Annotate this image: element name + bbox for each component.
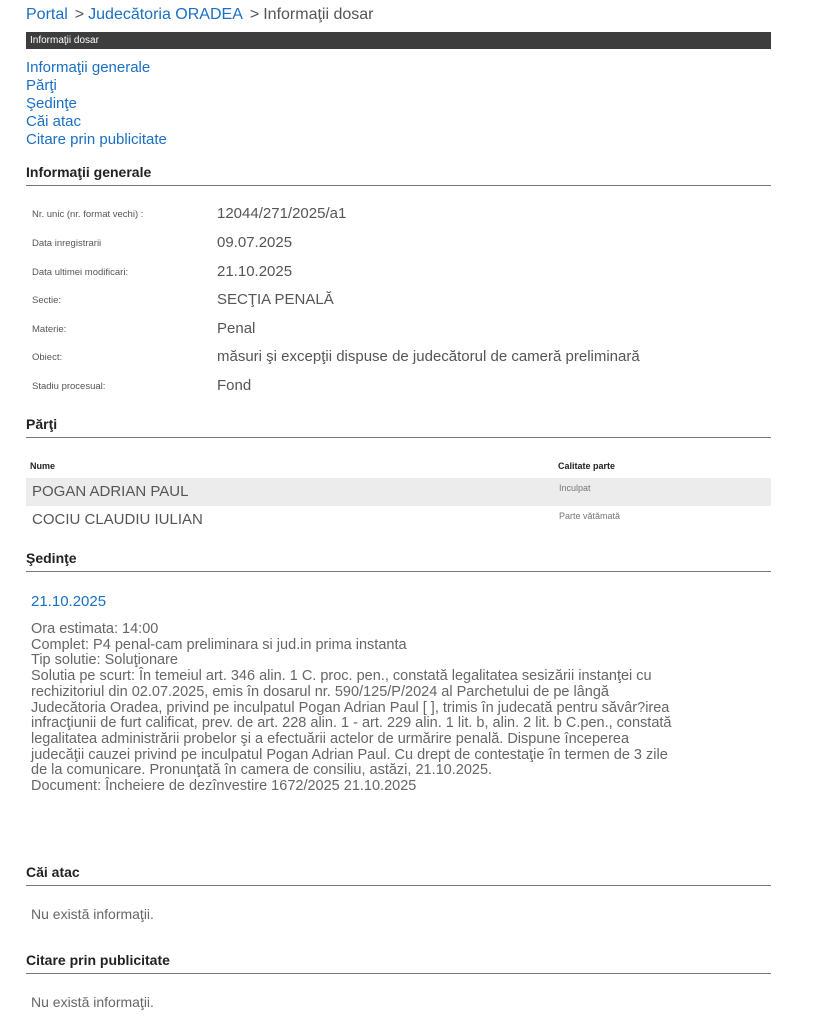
info-label: Nr. unic (nr. format vechi) : (32, 209, 143, 220)
party-name: POGAN ADRIAN PAUL (32, 483, 188, 500)
info-label: Data inregistrarii (32, 238, 101, 249)
toc-link-parties[interactable]: Părţi (26, 77, 167, 95)
hearing-solution-summary-line: infracţiunii de furt calificat, prev. de… (31, 716, 771, 732)
info-label: Data ultimei modificari: (32, 267, 128, 278)
toc-link-hearings[interactable]: Şedinţe (26, 95, 167, 113)
page-title-bar: Informaţii dosar (26, 32, 771, 49)
info-label: Sectie: (32, 295, 61, 306)
appeals-empty-message: Nu există informaţii. (31, 906, 154, 922)
info-value: Penal (217, 320, 255, 337)
hearing-solution-summary-line: rechizitoriul din 02.07.2025, emis în do… (31, 685, 771, 701)
breadcrumb-court-link[interactable]: Judecătoria ORADEA (88, 6, 243, 23)
info-value: 12044/271/2025/a1 (217, 205, 346, 222)
column-header-name: Nume (30, 461, 55, 471)
table-of-contents: Informaţii generale Părţi Şedinţe Căi at… (26, 59, 167, 149)
hearing-solution-type: Tip solutie: Soluţionare (31, 653, 771, 669)
breadcrumb-separator: > (250, 6, 259, 23)
publication-summons-empty-message: Nu există informaţii. (31, 994, 154, 1010)
hearing-document: Document: Încheiere de dezînvestire 1672… (31, 779, 771, 795)
info-value: SECŢIA PENALĂ (217, 291, 334, 308)
toc-link-general-info[interactable]: Informaţii generale (26, 59, 167, 77)
hearing-estimated-time: Ora estimata: 14:00 (31, 622, 771, 638)
section-title-publication-summons: Citare prin publicitate (26, 951, 771, 974)
column-header-party-role: Calitate parte (558, 461, 615, 471)
info-label: Materie: (32, 324, 66, 335)
breadcrumb: Portal>Judecătoria ORADEA>Informaţii dos… (26, 5, 373, 25)
table-row: COCIU CLAUDIU IULIAN Parte vătămată (26, 506, 771, 534)
info-value: Fond (217, 377, 251, 394)
info-label: Obiect: (32, 352, 62, 363)
section-title-parties: Părţi (26, 415, 771, 438)
table-row: POGAN ADRIAN PAUL Inculpat (26, 478, 771, 506)
hearing-solution-summary-line: legalitatea administrării probelor şi a … (31, 732, 771, 748)
hearing-date: 21.10.2025 (31, 593, 106, 610)
hearing-solution-summary-line: Solutia pe scurt: În temeiul art. 346 al… (31, 669, 771, 685)
section-title-hearings: Şedinţe (26, 549, 771, 572)
hearing-panel: Complet: P4 penal-cam preliminara si jud… (31, 638, 771, 654)
breadcrumb-portal-link[interactable]: Portal (26, 6, 68, 23)
section-title-appeals: Căi atac (26, 863, 771, 886)
hearing-solution-summary-line: Judecătoria Oradea, privind pe inculpatu… (31, 701, 771, 717)
party-name: COCIU CLAUDIU IULIAN (32, 511, 203, 528)
info-value: 21.10.2025 (217, 263, 292, 280)
toc-link-publication-summons[interactable]: Citare prin publicitate (26, 131, 167, 149)
info-value: 09.07.2025 (217, 234, 292, 251)
party-role: Inculpat (559, 483, 591, 493)
party-role: Parte vătămată (559, 511, 620, 521)
breadcrumb-current: Informaţii dosar (263, 6, 373, 23)
info-value: măsuri şi excepţii dispuse de judecătoru… (217, 348, 640, 365)
toc-link-appeals[interactable]: Căi atac (26, 113, 167, 131)
section-title-general-info: Informaţii generale (26, 163, 771, 186)
hearing-solution-summary-line: judecăţii cauzei privind pe inculpatul P… (31, 748, 771, 764)
hearing-solution-summary-line: de la comunicare. Pronunţată în camera d… (31, 763, 771, 779)
breadcrumb-separator: > (75, 6, 84, 23)
info-label: Stadiu procesual: (32, 381, 105, 392)
hearing-details: Ora estimata: 14:00 Complet: P4 penal-ca… (31, 622, 771, 795)
